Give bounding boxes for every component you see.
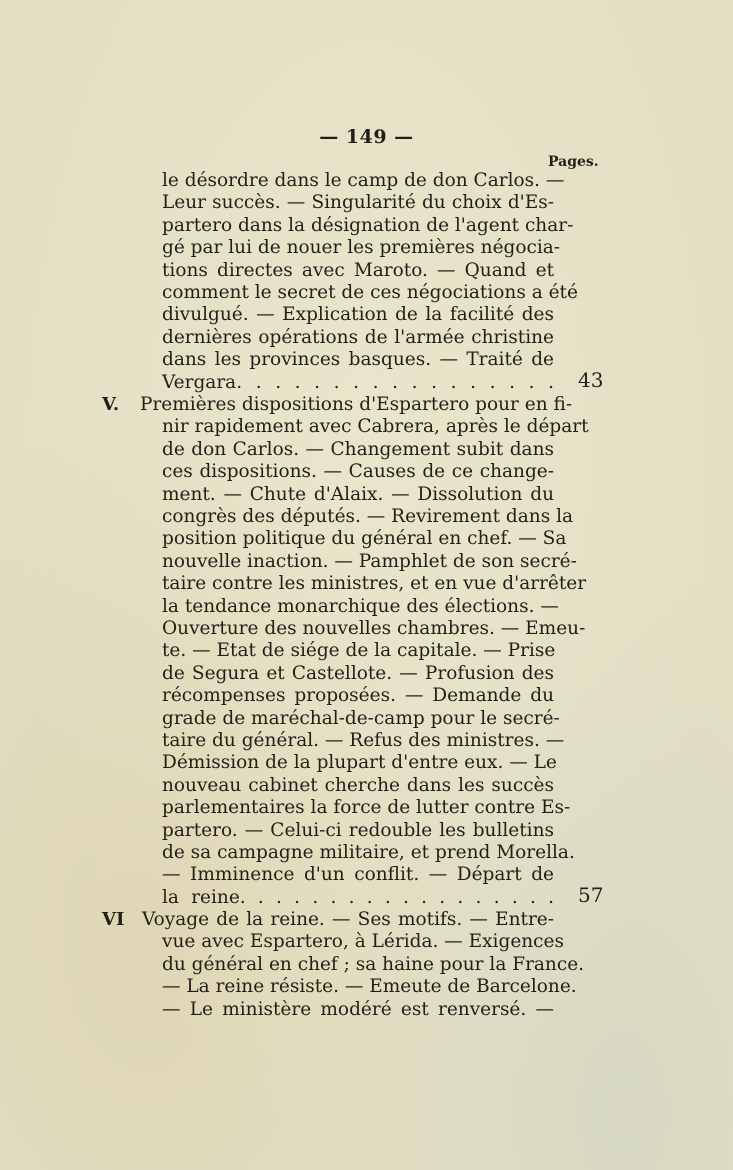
page-number: — 149 — <box>0 126 733 148</box>
toc-line: — Imminence d'un conflit. — Départ de <box>162 864 554 886</box>
toc-line: nir rapidement avec Cabrera, après le dé… <box>162 416 554 438</box>
toc-line: — La reine résiste. — Emeute de Barcelon… <box>162 976 554 998</box>
toc-line: Ouverture des nouvelles chambres. — Emeu… <box>162 618 554 640</box>
chapter-numeral: V. <box>102 394 119 415</box>
toc-line: gé par lui de nouer les premières négoci… <box>162 237 554 259</box>
toc-line: divulgué. — Explication de la facilité d… <box>162 304 554 326</box>
toc-line: du général en chef ; sa haine pour la Fr… <box>162 954 554 976</box>
toc-line: parlementaires la force de lutter contre… <box>162 797 554 819</box>
toc-line: partero. — Celui-ci redouble les bulleti… <box>162 820 554 842</box>
toc-line: le désordre dans le camp de don Carlos. … <box>162 170 554 192</box>
toc-line: dans les provinces basques. — Traité de <box>162 349 554 371</box>
toc-line: de sa campagne militaire, et prend Morel… <box>162 842 554 864</box>
toc-line: Démission de la plupart d'entre eux. — L… <box>162 752 554 774</box>
toc-line: nouveau cabinet cherche dans les succès <box>162 775 554 797</box>
toc-line: dernières opérations de l'armée christin… <box>162 327 554 349</box>
toc-line: ces dispositions. — Causes de ce change- <box>162 461 554 483</box>
toc-line: récompenses proposées. — Demande du <box>162 685 554 707</box>
toc-line: vue avec Espartero, à Lérida. — Exigence… <box>162 931 554 953</box>
toc-line: la reine. . . . . . . . . . . . . . . . … <box>162 887 554 909</box>
toc-line: grade de maréchal-de-camp pour le secré- <box>162 708 554 730</box>
toc-line: Voyage de la reine. — Ses motifs. — Entr… <box>142 909 554 931</box>
toc-line: position politique du général en chef. —… <box>162 528 554 550</box>
toc-line: te. — Etat de siége de la capitale. — Pr… <box>162 640 554 662</box>
toc-page-ref: 43 <box>578 368 603 392</box>
toc-line: Leur succès. — Singularité du choix d'Es… <box>162 192 554 214</box>
toc-line: tions directes avec Maroto. — Quand et <box>162 260 554 282</box>
toc-line: Vergara. . . . . . . . . . . . . . . . . <box>162 372 554 394</box>
toc-line: de Segura et Castellote. — Profusion des <box>162 663 554 685</box>
toc-line: taire du général. — Refus des ministres.… <box>162 730 554 752</box>
toc-line: partero dans la désignation de l'agent c… <box>162 215 554 237</box>
chapter-numeral: VI <box>102 909 124 930</box>
toc-line: comment le secret de ces négociations a … <box>162 282 554 304</box>
toc-page-ref: 57 <box>578 883 603 907</box>
toc-line: — Le ministère modéré est renversé. — <box>162 999 554 1021</box>
pages-column-label: Pages. <box>548 154 599 170</box>
toc-line: nouvelle inaction. — Pamphlet de son sec… <box>162 551 554 573</box>
toc-line: ment. — Chute d'Alaix. — Dissolution du <box>162 484 554 506</box>
toc-line: Premières dispositions d'Espartero pour … <box>140 394 554 416</box>
toc-line: congrès des députés. — Revirement dans l… <box>162 506 554 528</box>
toc-line: la tendance monarchique des élections. — <box>162 596 554 618</box>
toc-line: de don Carlos. — Changement subit dans <box>162 439 554 461</box>
toc-line: taire contre les ministres, et en vue d'… <box>162 573 554 595</box>
